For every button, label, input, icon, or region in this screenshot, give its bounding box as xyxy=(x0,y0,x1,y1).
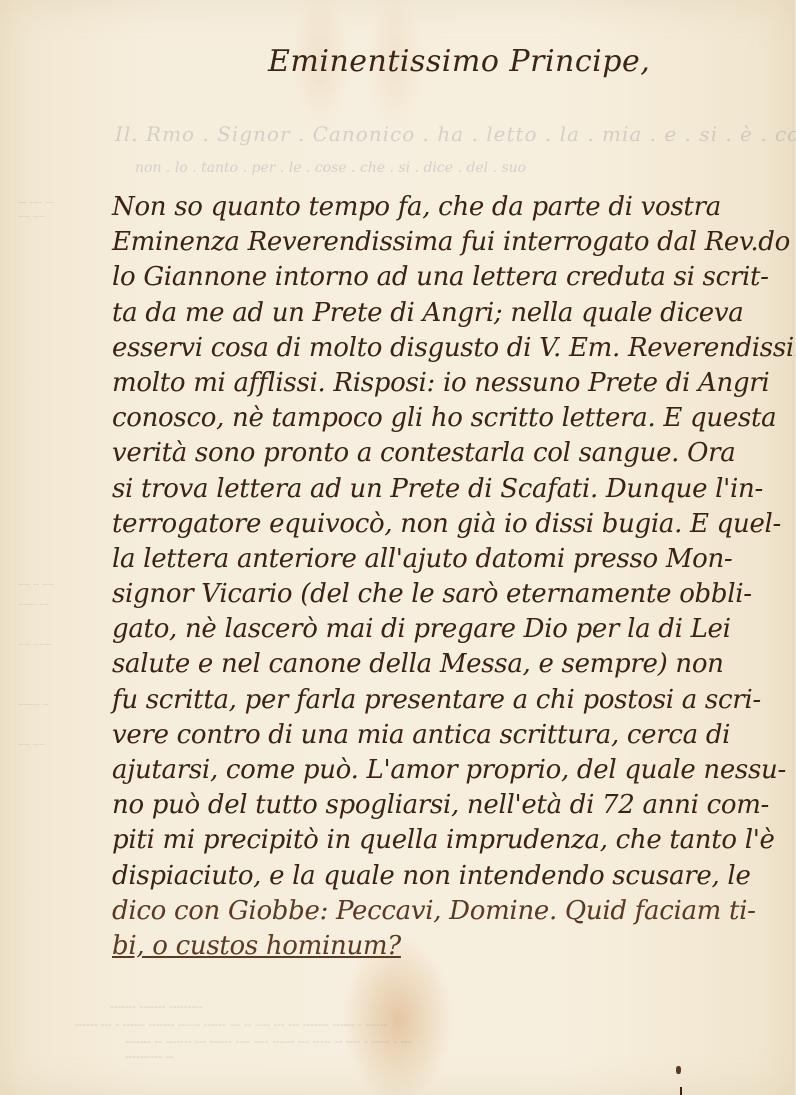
letter-line: molto mi afflissi. Risposi: io nessuno P… xyxy=(112,366,792,401)
letter-line: dispiaciuto, e la quale non intendendo s… xyxy=(112,859,792,894)
bleed-through-margin: ---- -- ---- xyxy=(18,580,54,590)
letter-line: salute e nel canone della Messa, e sempr… xyxy=(112,647,792,682)
bleed-through-text: non . lo . tanto . per . le . cose . che… xyxy=(135,160,526,176)
bleed-through-margin: ------- -- xyxy=(18,700,48,710)
bleed-through-margin: ---- ---- xyxy=(18,740,45,750)
letter-line: ta da me ad un Prete di Angri; nella qua… xyxy=(112,296,792,331)
bleed-through-footer: ------ --- - ------ ------- ------ -----… xyxy=(75,1018,388,1031)
letter-line: vere contro di una mia antica scrittura,… xyxy=(112,718,792,753)
bleed-through-footer: ------- -- ------- --- ------ ---- ---- … xyxy=(125,1035,412,1048)
bleed-through-footer: ---------- -- xyxy=(125,1050,173,1063)
bleed-through-margin: ---- ------ xyxy=(18,640,51,650)
letter-line: no può del tutto spogliarsi, nell'età di… xyxy=(112,788,792,823)
letter-line: piti mi precipitò in quella imprudenza, … xyxy=(112,823,792,858)
letter-line: Eminenza Reverendissima fui interrogato … xyxy=(112,225,792,260)
ink-blot xyxy=(676,1066,681,1074)
letter-line: verità sono pronto a contestarla col san… xyxy=(112,436,792,471)
bleed-through-footer: ------- ------- --------- xyxy=(110,1000,202,1013)
bleed-through-text: Il. Rmo . Signor . Canonico . ha . letto… xyxy=(115,122,796,146)
letter-line: terrogatore equivocò, non già io dissi b… xyxy=(112,507,792,542)
letter-line: dico con Giobbe: Peccavi, Domine. Quid f… xyxy=(112,894,792,929)
letter-body: Non so quanto tempo fa, che da parte di … xyxy=(112,190,792,964)
letter-line: si trova lettera ad un Prete di Scafati.… xyxy=(112,472,792,507)
letter-line: la lettera anteriore all'ajuto datomi pr… xyxy=(112,542,792,577)
letter-line: ajutarsi, come può. L'amor proprio, del … xyxy=(112,753,792,788)
letter-line: Non so quanto tempo fa, che da parte di … xyxy=(112,190,792,225)
bleed-through-margin: ---- ---- xyxy=(18,212,45,222)
bleed-through-margin: — ---- --- xyxy=(18,198,54,208)
letter-line: esservi cosa di molto disgusto di V. Em.… xyxy=(112,331,792,366)
letter-page: Il. Rmo . Signor . Canonico . ha . letto… xyxy=(0,0,795,1095)
letter-line: fu scritta, per farla presentare a chi p… xyxy=(112,683,792,718)
salutation: Eminentissimo Principe, xyxy=(268,44,650,79)
letter-line: bi, o custos hominum? xyxy=(112,929,792,964)
letter-line: conosco, nè tampoco gli ho scritto lette… xyxy=(112,401,792,436)
ink-mark xyxy=(680,1087,682,1095)
letter-line: lo Giannone intorno ad una lettera credu… xyxy=(112,260,792,295)
letter-line: gato, nè lascerò mai di pregare Dio per … xyxy=(112,612,792,647)
bleed-through-margin: ------ --- xyxy=(18,600,48,610)
letter-line: signor Vicario (del che le sarò etername… xyxy=(112,577,792,612)
